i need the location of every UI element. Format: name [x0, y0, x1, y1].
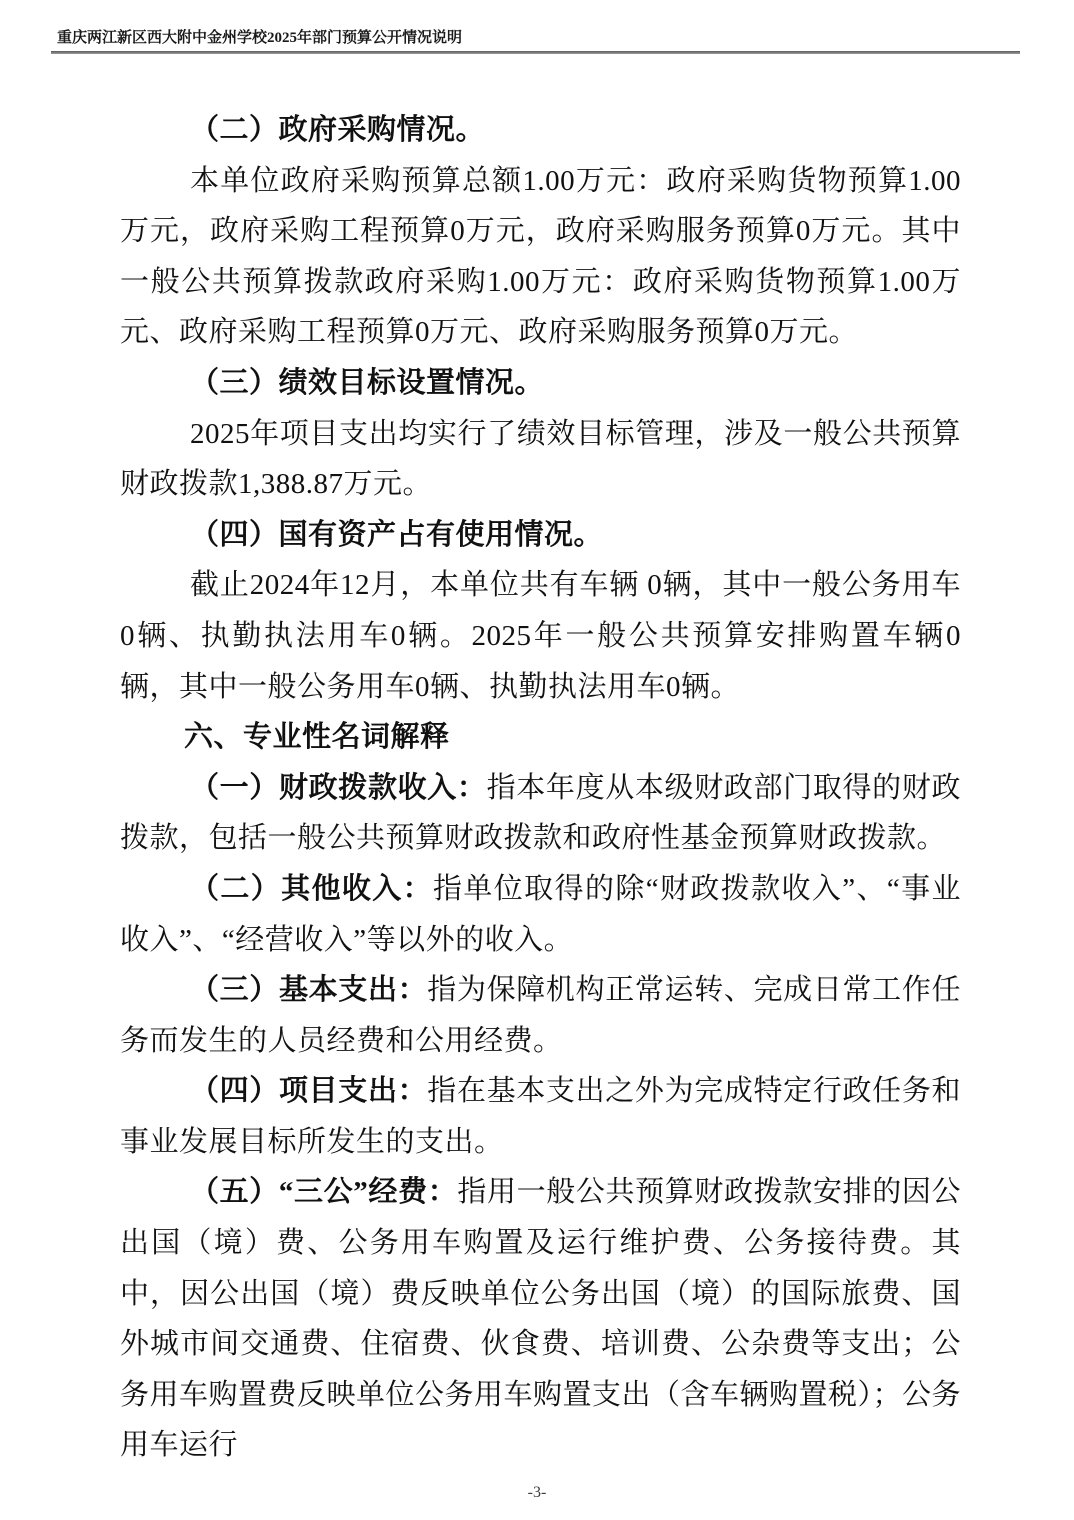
paragraph: （四）项目支出：指在基本支出之外为完成特定行政任务和事业发展目标所发生的支出。 — [120, 1066, 961, 1167]
text-run: 六、专业性名词解释 — [184, 721, 450, 753]
paragraph: （三）基本支出：指为保障机构正常运转、完成日常工作任务而发生的人员经费和公用经费… — [120, 965, 961, 1066]
text-run: （三）基本支出： — [190, 974, 427, 1006]
text-run: （一）财政拨款收入： — [190, 772, 487, 804]
document-body: （二）政府采购情况。本单位政府采购预算总额1.00万元：政府采购货物预算1.00… — [120, 105, 961, 1471]
paragraph: （五）“三公”经费：指用一般公共预算财政拨款安排的因公出国（境）费、公务用车购置… — [120, 1167, 961, 1471]
text-run: 本单位政府采购预算总额1.00万元：政府采购货物预算1.00万元，政府采购工程预… — [120, 165, 961, 349]
text-run: （三）绩效目标设置情况。 — [190, 367, 544, 399]
document-page: 重庆两江新区西大附中金州学校2025年部门预算公开情况说明 （二）政府采购情况。… — [0, 0, 1074, 1520]
page-header-title: 重庆两江新区西大附中金州学校2025年部门预算公开情况说明 — [57, 28, 1017, 48]
paragraph: （二）其他收入：指单位取得的除“财政拨款收入”、“事业收入”、“经营收入”等以外… — [120, 864, 961, 965]
page-number: -3- — [0, 1484, 1074, 1502]
text-run: （四）国有资产占有使用情况。 — [190, 519, 603, 551]
text-run: 指用一般公共预算财政拨款安排的因公出国（境）费、公务用车购置及运行维护费、公务接… — [120, 1176, 961, 1461]
header-divider — [51, 51, 1020, 54]
text-run: （四）项目支出： — [190, 1075, 427, 1107]
paragraph: 2025年项目支出均实行了绩效目标管理，涉及一般公共预算财政拨款1,388.87… — [120, 409, 961, 510]
text-run: （二）其他收入： — [190, 873, 433, 905]
text-run: 截止2024年12月，本单位共有车辆 0辆，其中一般公务用车0辆、执勤执法用车0… — [120, 569, 961, 702]
text-run: （五）“三公”经费： — [190, 1176, 457, 1208]
paragraph: （一）财政拨款收入：指本年度从本级财政部门取得的财政拨款，包括一般公共预算财政拨… — [120, 763, 961, 864]
paragraph: 截止2024年12月，本单位共有车辆 0辆，其中一般公务用车0辆、执勤执法用车0… — [120, 560, 961, 712]
section-heading: （三）绩效目标设置情况。 — [120, 358, 961, 409]
paragraph: 本单位政府采购预算总额1.00万元：政府采购货物预算1.00万元，政府采购工程预… — [120, 156, 961, 358]
text-run: （二）政府采购情况。 — [190, 114, 485, 146]
section-heading: （二）政府采购情况。 — [120, 105, 961, 156]
section-heading: 六、专业性名词解释 — [120, 712, 961, 763]
text-run: 2025年项目支出均实行了绩效目标管理，涉及一般公共预算财政拨款1,388.87… — [120, 418, 961, 501]
section-heading: （四）国有资产占有使用情况。 — [120, 510, 961, 561]
